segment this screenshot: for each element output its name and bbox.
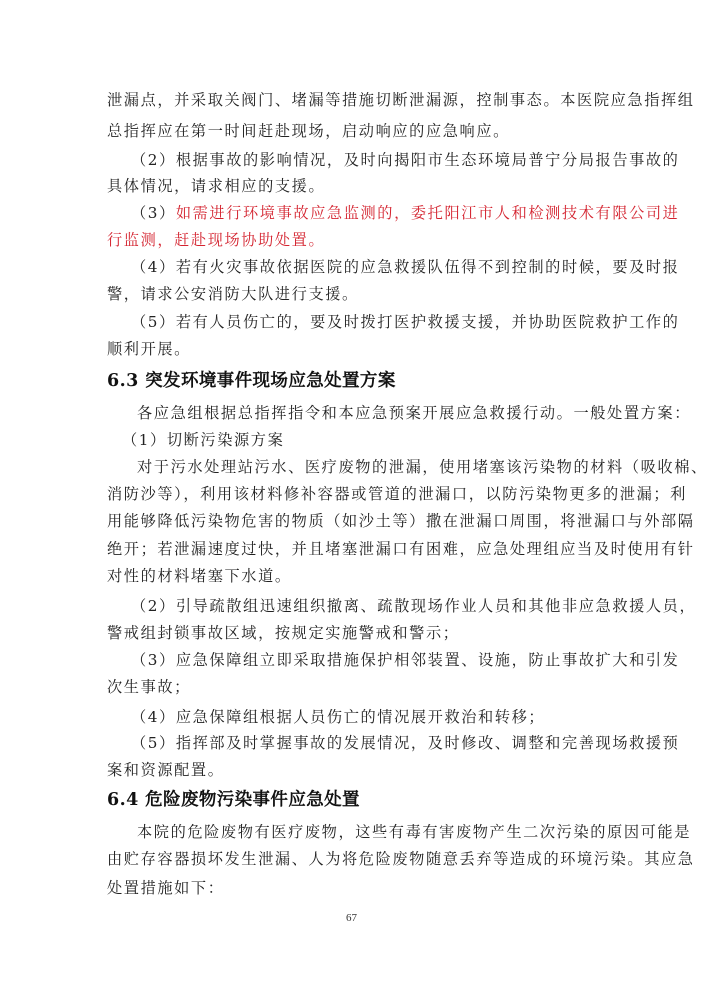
paragraph-line: 由贮存容器损坏发生泄漏、人为将危险废物随意丢弃等造成的环境污染。其应急	[107, 849, 597, 869]
highlighted-text: 如需进行环境事故应急监测的，委托阳江市人和检测技术有限公司进	[176, 204, 680, 222]
paragraph-line: 总指挥应在第一时间赶赴现场，启动响应的应急响应。	[107, 121, 597, 141]
section-heading-6-3: 6.3 突发环境事件现场应急处置方案	[107, 370, 396, 392]
list-item-line: （3）应急保障组立即采取措施保护相邻装置、设施，防止事故扩大和引发	[131, 650, 597, 670]
page-number: 67	[0, 912, 703, 924]
document-page: 泄漏点，并采取关阀门、堵漏等措施切断泄漏源，控制事态。本医院应急指挥组 总指挥应…	[0, 0, 703, 994]
paragraph-line: 本院的危险废物有医疗废物，这些有毒有害废物产生二次污染的原因可能是	[137, 822, 597, 842]
paragraph-line: 各应急组根据总指挥指令和本应急预案开展应急救援行动。一般处置方案：	[137, 403, 597, 423]
list-item-line: （4）若有火灾事故依据医院的应急救援队伍得不到控制的时候，要及时报	[131, 257, 597, 277]
list-item-line: （2）引导疏散组迅速组织撤离、疏散现场作业人员和其他非应急救援人员，	[131, 596, 597, 616]
item-number: （3）	[131, 204, 176, 222]
paragraph-line: 对于污水处理站污水、医疗废物的泄漏，使用堵塞该污染物的材料（吸收棉、	[137, 457, 597, 477]
paragraph-line: 绝开；若泄漏速度过快，并且堵塞泄漏口有困难，应急处理组应当及时使用有针	[107, 539, 597, 559]
list-item-line: （2）根据事故的影响情况，及时向揭阳市生态环境局普宁分局报告事故的	[131, 150, 597, 170]
list-item-line: （5）若有人员伤亡的，要及时拨打医护救援支援，并协助医院救护工作的	[131, 312, 597, 332]
paragraph-line: 用能够降低污染物危害的物质（如沙土等）撒在泄漏口周围，将泄漏口与外部隔	[107, 511, 597, 531]
paragraph-line: 泄漏点，并采取关阀门、堵漏等措施切断泄漏源，控制事态。本医院应急指挥组	[107, 90, 597, 110]
paragraph-line: 处置措施如下：	[107, 878, 597, 898]
section-heading-6-4: 6.4 危险废物污染事件应急处置	[107, 789, 360, 811]
list-item-line: （4）应急保障组根据人员伤亡的情况展开救治和转移；	[131, 707, 597, 727]
list-item-line-highlighted: （3）如需进行环境事故应急监测的，委托阳江市人和检测技术有限公司进	[131, 203, 597, 223]
list-item-line: 案和资源配置。	[107, 760, 597, 780]
list-item-line: 具体情况，请求相应的支援。	[107, 176, 597, 196]
paragraph-line: 消防沙等），利用该材料修补容器或管道的泄漏口，以防污染物更多的泄漏；利	[107, 484, 597, 504]
list-item-line: （1）切断污染源方案	[122, 430, 597, 450]
list-item-line: 顺利开展。	[107, 339, 597, 359]
list-item-line: （5）指挥部及时掌握事故的发展情况，及时修改、调整和完善现场救援预	[131, 733, 597, 753]
paragraph-line: 对性的材料堵塞下水道。	[107, 566, 597, 586]
list-item-line: 警戒组封锁事故区域，按规定实施警戒和警示；	[107, 623, 597, 643]
highlighted-text: 行监测，赶赴现场协助处置。	[107, 230, 597, 250]
list-item-line: 警，请求公安消防大队进行支援。	[107, 284, 597, 304]
list-item-line: 次生事故；	[107, 677, 597, 697]
